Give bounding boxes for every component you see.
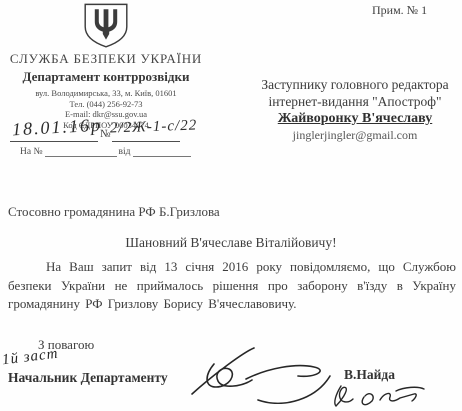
scanned-letter-page: СЛУЖБА БЕЗПЕКИ УКРАЇНИ Департамент контр… — [0, 0, 462, 411]
recipient-name: Жайворонку В'ячеславу — [252, 110, 458, 127]
recipient-line1: Заступнику головного редактора — [252, 76, 458, 93]
body-paragraph: На Ваш запит від 13 січня 2016 року пові… — [8, 258, 456, 314]
incoming-number-blank — [45, 147, 117, 157]
exhibit-label: Прим. № 1 — [372, 3, 427, 18]
handwritten-deputy-note: 1й заст — [1, 346, 59, 370]
ukraine-trident-emblem-icon — [82, 2, 130, 55]
date-rule-line — [10, 141, 98, 142]
incoming-number-label: На № — [18, 147, 45, 157]
recipient-line2: інтернет-видання "Апостроф" — [252, 93, 458, 110]
recipient-email: jinglerjingler@gmail.com — [252, 127, 458, 144]
signer-name: В.Найда — [344, 367, 395, 383]
org-address: вул. Володимирська, 33, м. Київ, 01601 — [0, 88, 212, 99]
salutation: Шановний В'ячеславе Віталійовичу! — [0, 235, 462, 251]
department-name: Департамент контррозвідки — [0, 69, 212, 85]
handwritten-ref-number: 2/2Ж-1-с/22 — [110, 117, 198, 137]
signer-title: Начальник Департаменту — [8, 370, 168, 386]
recipient-block: Заступнику головного редактора інтернет-… — [252, 76, 458, 144]
number-rule-line — [112, 141, 180, 142]
handwritten-date: 18.01.16р — [12, 115, 103, 141]
org-phone: Тел. (044) 256-92-73 — [0, 99, 212, 110]
incoming-from-label: від — [117, 147, 133, 157]
incoming-date-blank — [133, 147, 191, 157]
org-name: СЛУЖБА БЕЗПЕКИ УКРАЇНИ — [0, 51, 212, 67]
signer-autograph-icon — [328, 383, 432, 411]
subject-line: Стосовно громадянина РФ Б.Гризлова — [8, 204, 220, 220]
number-sign-label: № — [100, 128, 111, 140]
signature-scribble-icon — [186, 342, 348, 409]
incoming-ref-line: На № від — [18, 147, 191, 157]
